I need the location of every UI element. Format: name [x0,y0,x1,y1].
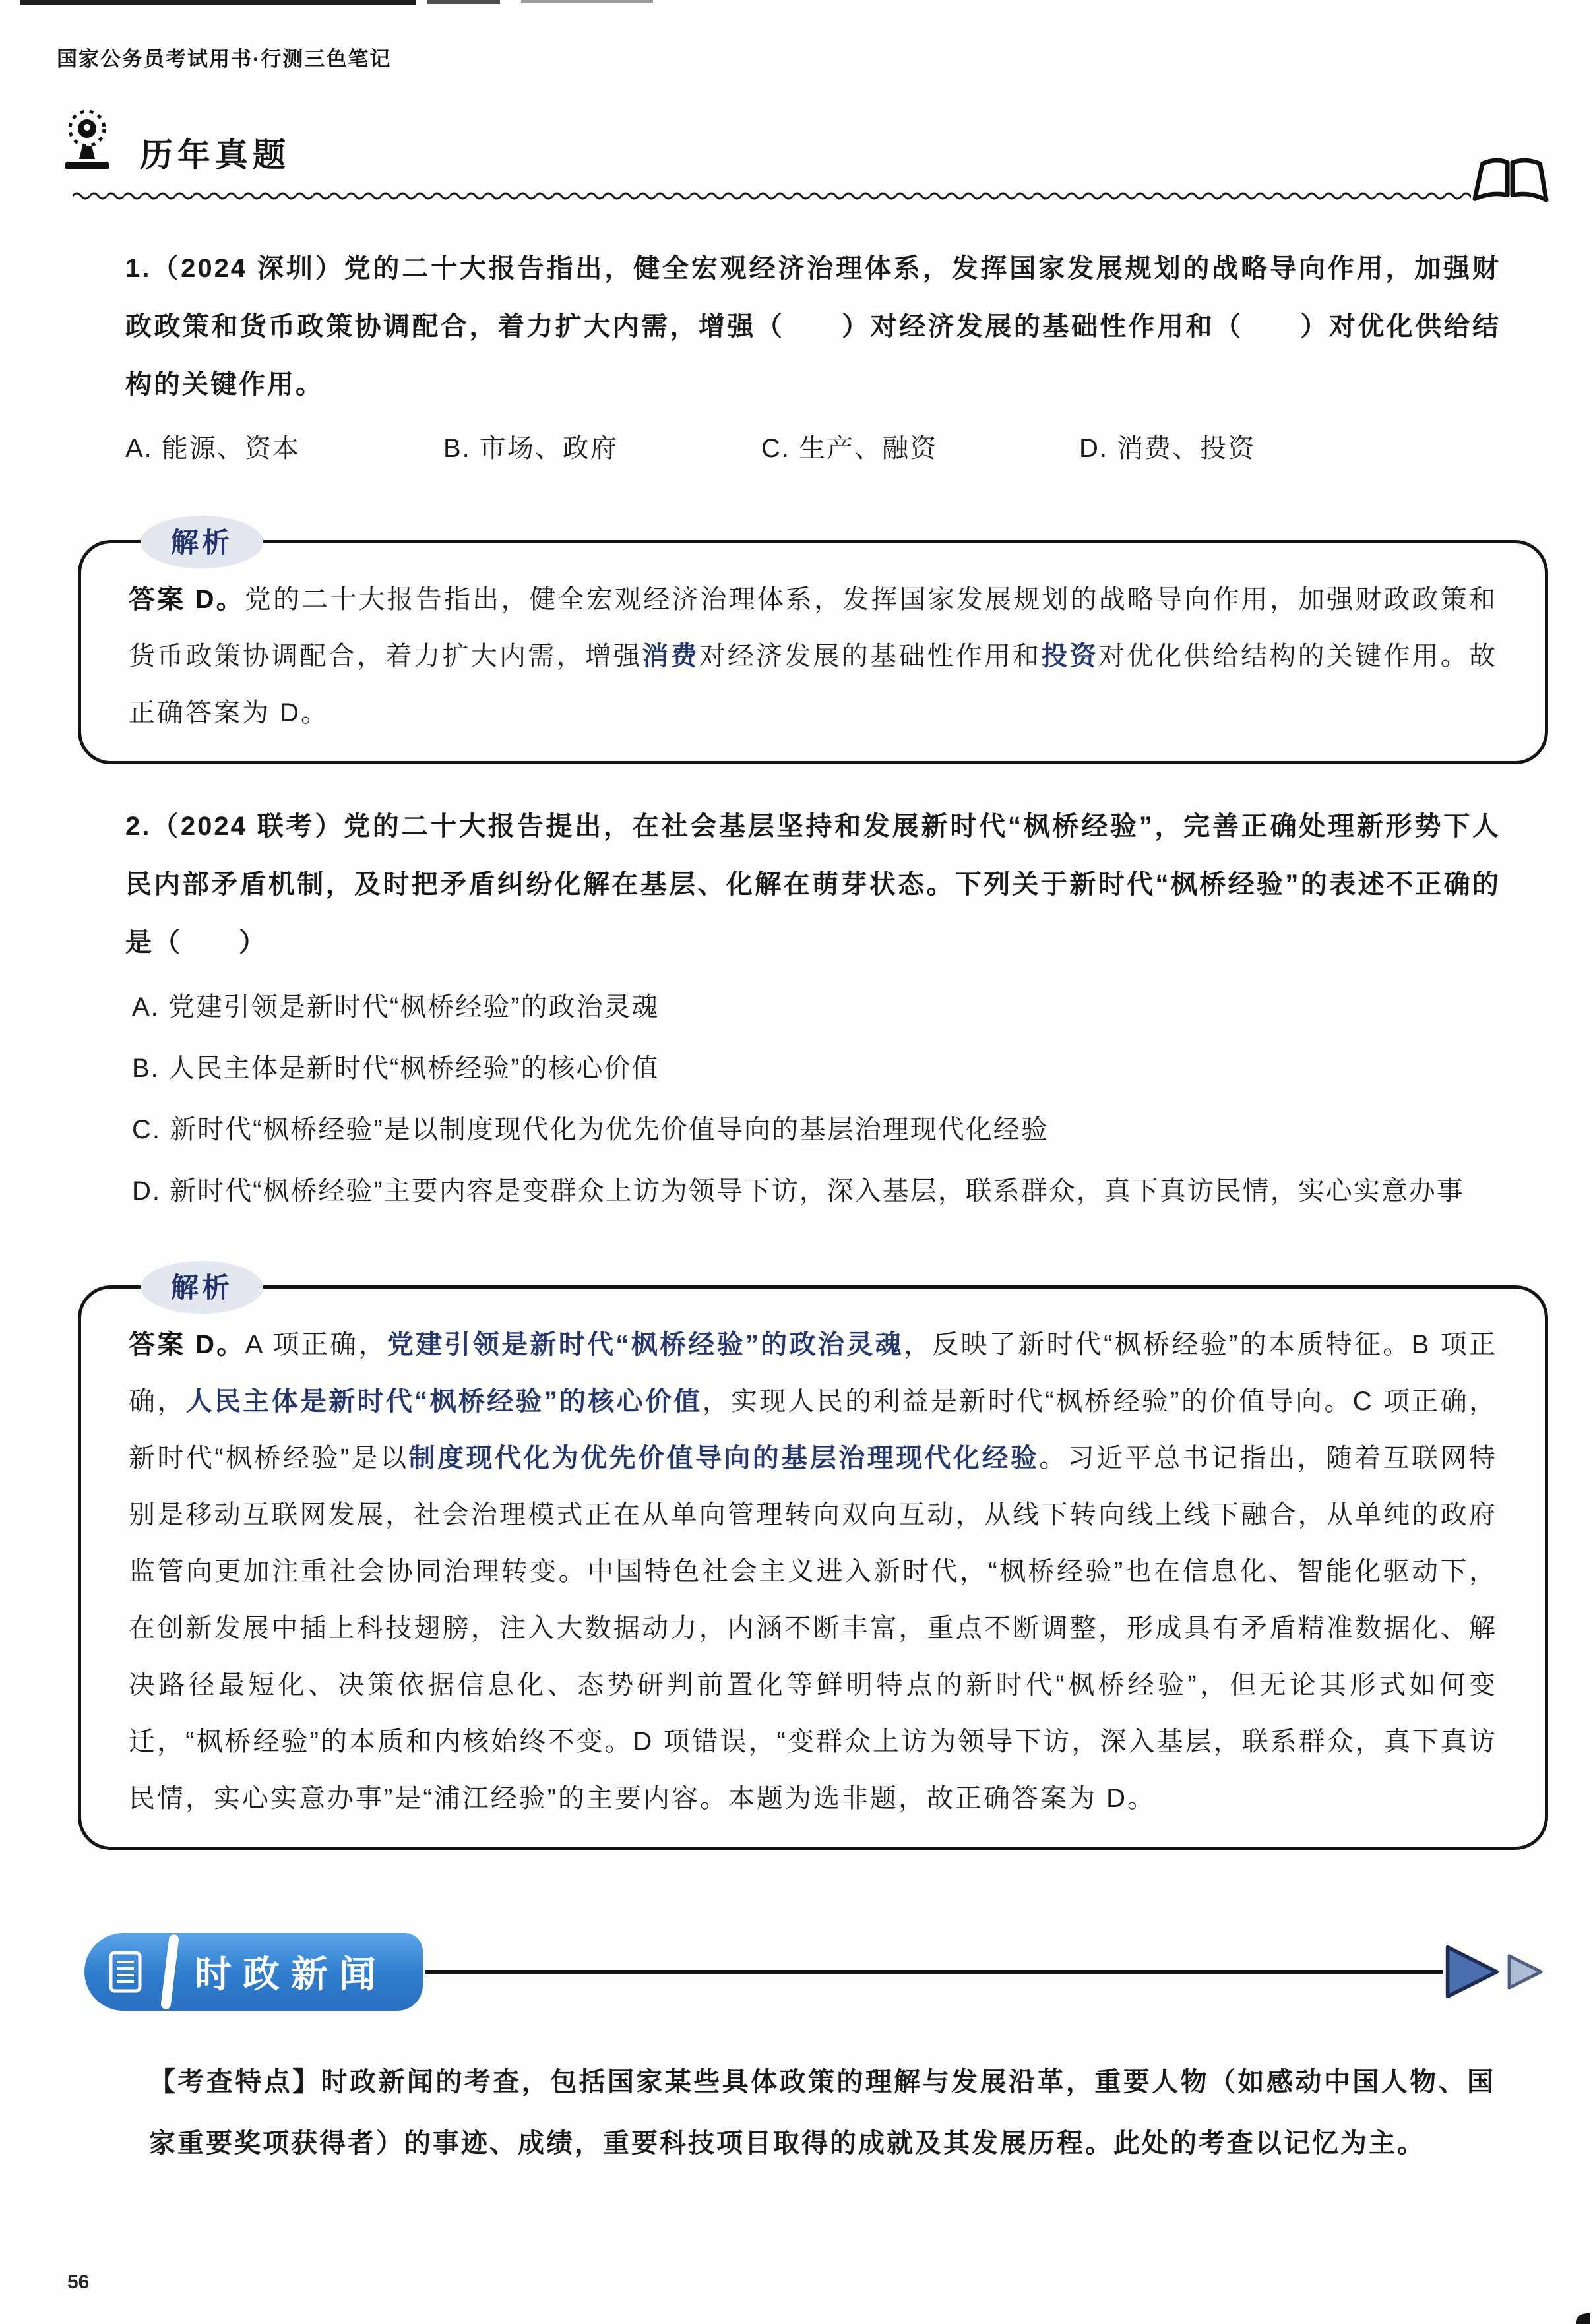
section-rule [63,169,1552,210]
analysis-1-text: 答案 D。党的二十大报告指出，健全宏观经济治理体系，发挥国家发展规划的战略导向作… [129,571,1497,741]
option-1a: A. 能源、资本 [125,420,443,477]
question-2-stem: 2.（2024 联考）党的二十大报告提出，在社会基层坚持和发展新时代“枫桥经验”… [125,797,1501,971]
analysis-box-1: 解析 答案 D。党的二十大报告指出，健全宏观经济治理体系，发挥国家发展规划的战略… [78,540,1548,764]
answer-lead: 答案 D。 [129,585,245,614]
book-page: 国家公务员考试用书·行测三色笔记 历年真题 [0,0,1593,2324]
scan-artifact-bar [521,0,653,3]
analysis-segment: 。习近平总书记指出，随着互联网特别是移动互联网发展，社会治理模式正在从单向管理转… [129,1444,1497,1813]
option-2d: D. 新时代“枫桥经验”主要内容是变群众上访为领导下访，深入基层，联系群众，真下… [125,1161,1501,1222]
question-2-options: A. 党建引领是新时代“枫桥经验”的政治灵魂 B. 人民主体是新时代“枫桥经验”… [125,977,1501,1222]
analysis-segment: 对经济发展的基础性作用和 [699,642,1042,671]
question-1-number: 1.（2024 深圳） [125,254,344,283]
question-1: 1.（2024 深圳）党的二十大报告指出，健全宏观经济治理体系，发挥国家发展规划… [125,239,1501,477]
double-arrow-icon [1444,1940,1555,2003]
analysis-label: 解析 [141,516,263,568]
news-badge-label: 时政新闻 [195,1945,387,1998]
option-1b: B. 市场、政府 [443,420,761,477]
analysis-box-2: 解析 答案 D。A 项正确，党建引领是新时代“枫桥经验”的政治灵魂，反映了新时代… [78,1285,1548,1850]
question-1-stem: 1.（2024 深圳）党的二十大报告指出，健全宏观经济治理体系，发挥国家发展规划… [125,239,1501,413]
news-badge: 时政新闻 [84,1933,423,2011]
document-icon [92,1939,158,2005]
option-1d: D. 消费、投资 [1079,420,1255,477]
bulb-stamp-icon [61,109,113,177]
analysis-segment: A 项正确， [245,1330,387,1359]
news-rule-line [425,1970,1443,1974]
question-1-options: A. 能源、资本 B. 市场、政府 C. 生产、融资 D. 消费、投资 [125,420,1501,477]
option-2a: A. 党建引领是新时代“枫桥经验”的政治灵魂 [125,977,1501,1038]
analysis-label: 解析 [141,1261,263,1314]
option-1c: C. 生产、融资 [761,420,1079,477]
highlight-keyword: 投资 [1042,642,1098,671]
highlight-keyword: 制度现代化为优先价值导向的基层治理现代化经验 [409,1444,1040,1473]
badge-divider [160,1934,179,2010]
answer-lead: 答案 D。 [129,1330,245,1359]
scan-artifact-bar [20,0,416,5]
highlight-keyword: 党建引领是新时代“枫桥经验”的政治灵魂 [387,1330,904,1359]
wavy-underline [73,191,1471,200]
news-section-header: 时政新闻 [84,1933,1555,2011]
option-2c: C. 新时代“枫桥经验”是以制度现代化为优先价值导向的基层治理现代化经验 [125,1099,1501,1161]
question-2-number: 2.（2024 联考） [125,812,344,841]
analysis-2-text: 答案 D。A 项正确，党建引领是新时代“枫桥经验”的政治灵魂，反映了新时代“枫桥… [129,1316,1497,1827]
book-header-title: 国家公务员考试用书·行测三色笔记 [57,42,1593,72]
scan-artifact-corner [1576,2313,1590,2324]
scan-artifact-bar [427,0,500,4]
section-header: 历年真题 [61,107,1593,177]
page-number: 56 [67,2271,89,2294]
highlight-keyword: 消费 [642,642,699,671]
open-book-icon [1469,155,1552,205]
highlight-keyword: 人民主体是新时代“枫桥经验”的核心价值 [186,1387,703,1416]
question-2: 2.（2024 联考）党的二十大报告提出，在社会基层坚持和发展新时代“枫桥经验”… [125,797,1501,1222]
option-2b: B. 人民主体是新时代“枫桥经验”的核心价值 [125,1038,1501,1099]
news-paragraph: 【考查特点】时政新闻的考查，包括国家某些具体政策的理解与发展沿革，重要人物（如感… [149,2052,1495,2174]
